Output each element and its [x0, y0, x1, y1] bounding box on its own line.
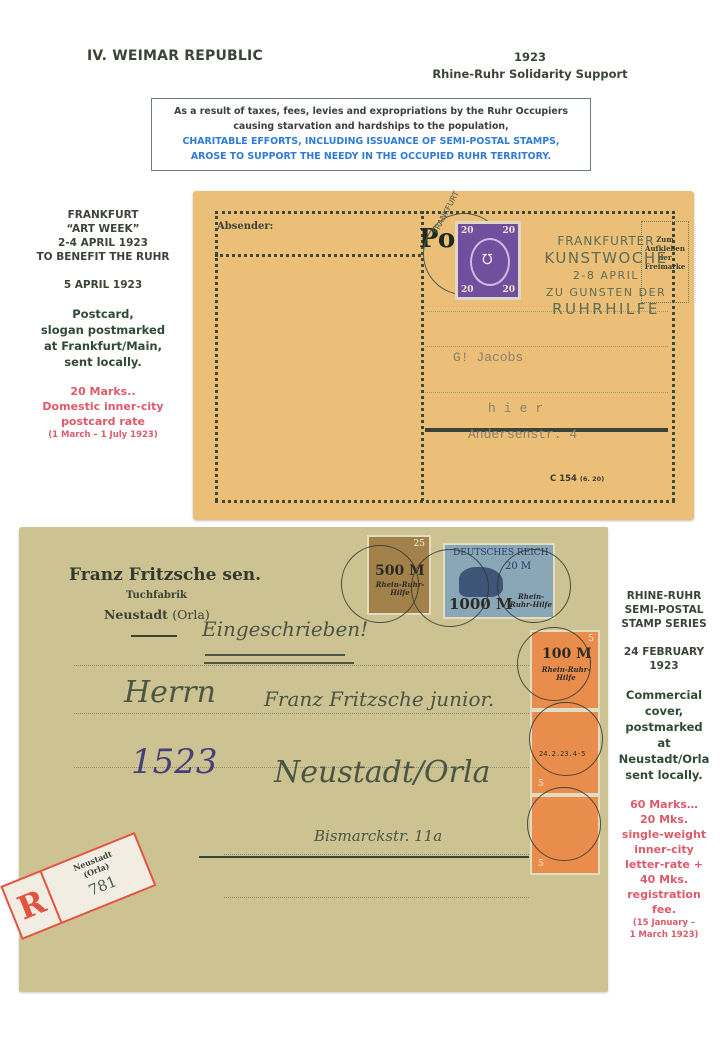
rate-line: fee.	[614, 902, 714, 917]
postmark-circle	[411, 549, 489, 627]
event-line: FRANKFURT	[24, 208, 182, 222]
form-number: C 154 (6. 20)	[550, 474, 604, 484]
description-line: postmarked	[614, 719, 714, 735]
postcard-caption: FRANKFURT “ART WEEK” 2-4 APRIL 1923 TO B…	[24, 208, 182, 441]
intro-line: As a result of taxes, fees, levies and e…	[152, 104, 590, 119]
address-town: hier	[488, 401, 551, 416]
description-line: at	[614, 735, 714, 751]
recipient-name: Franz Fritzsche junior.	[264, 687, 494, 711]
postmark-circle	[341, 545, 419, 623]
rate-period: 1 March 1923)	[614, 929, 714, 941]
rate-period: (1 March – 1 July 1923)	[24, 429, 182, 441]
subject-title: Rhine-Ruhr Solidarity Support	[410, 66, 650, 83]
rate-line: inner-city	[614, 842, 714, 857]
event-line: TO BENEFIT THE RUHR	[24, 250, 182, 264]
postmark-circle	[527, 787, 601, 861]
postmark-date: 24.2.23.4-5	[539, 750, 585, 758]
description-line: cover,	[614, 703, 714, 719]
issue-date: 24 FEBRUARY	[614, 645, 714, 659]
rate-line: Domestic inner-city	[24, 399, 182, 414]
chapter-title: IV. WEIMAR REPUBLIC	[87, 48, 263, 64]
rate-line: letter-rate +	[614, 857, 714, 872]
issue-date: 1923	[614, 659, 714, 673]
address-street: Andersenstr. 4	[468, 427, 577, 442]
postmark-circle	[517, 627, 591, 701]
rate-period: (15 January –	[614, 917, 714, 929]
rate-line: 20 Mks.	[614, 812, 714, 827]
description-line: Postcard,	[24, 306, 182, 322]
series-line: SEMI-POSTAL	[614, 603, 714, 617]
event-line: “ART WEEK”	[24, 222, 182, 236]
rate-line: 60 Marks…	[614, 797, 714, 812]
sender-label: Absender:	[217, 221, 273, 232]
registration-label: R Neustadt (Orla) 781	[0, 832, 156, 940]
intro-line: causing starvation and hardships to the …	[152, 119, 590, 134]
registered-cover: Franz Fritzsche sen. Tuchfabrik Neustadt…	[19, 527, 608, 992]
slogan-cancel: FRANKFURTER KUNSTWOCHE 2-8 APRIL ZU GUNS…	[526, 233, 686, 318]
company-town: Neustadt (Orla)	[104, 607, 210, 622]
event-line: 2-4 APRIL 1923	[24, 236, 182, 250]
rate-line: 20 Marks..	[24, 384, 182, 399]
series-line: RHINE-RUHR	[614, 589, 714, 603]
posthorn-stamp: 20 20 20 20 ℧	[455, 221, 521, 300]
company-name: Franz Fritzsche sen.	[69, 565, 261, 585]
salutation: Herrn	[124, 675, 216, 710]
intro-highlight: AROSE TO SUPPORT THE NEEDY IN THE OCCUPI…	[152, 149, 590, 164]
description-line: sent locally.	[614, 767, 714, 783]
company-business: Tuchfabrik	[126, 590, 187, 601]
reference-number: 1523	[131, 742, 218, 782]
rate-line: postcard rate	[24, 414, 182, 429]
posthorn-icon: ℧	[482, 252, 493, 268]
registered-marking: Eingeschrieben!	[202, 617, 368, 641]
postmark-circle	[529, 702, 603, 776]
year: 1923	[410, 49, 650, 66]
address-name: G! Jacobs	[453, 350, 523, 365]
description-line: sent locally.	[24, 354, 182, 370]
postmark-date: 5 APRIL 1923	[24, 278, 182, 292]
recipient-street: Bismarckstr. 11a	[314, 827, 442, 845]
description-line: Neustadt/Orla	[614, 751, 714, 767]
postmark-circle	[497, 549, 571, 623]
rate-line: registration	[614, 887, 714, 902]
intro-highlight: CHARITABLE EFFORTS, INCLUDING ISSUANCE O…	[152, 134, 590, 149]
description-line: at Frankfurt/Main,	[24, 338, 182, 354]
description-line: slogan postmarked	[24, 322, 182, 338]
description-line: Commercial	[614, 687, 714, 703]
recipient-city: Neustadt/Orla	[274, 755, 490, 790]
page-subject: 1923 Rhine-Ruhr Solidarity Support	[410, 49, 650, 83]
postcard: Absender: Post FRANKFURT 20 20 20 20 ℧ Z…	[193, 191, 694, 520]
series-line: STAMP SERIES	[614, 617, 714, 631]
cover-caption: RHINE-RUHR SEMI-POSTAL STAMP SERIES 24 F…	[614, 589, 714, 941]
rate-line: single-weight	[614, 827, 714, 842]
rate-line: 40 Mks.	[614, 872, 714, 887]
intro-text-box: As a result of taxes, fees, levies and e…	[151, 98, 591, 171]
